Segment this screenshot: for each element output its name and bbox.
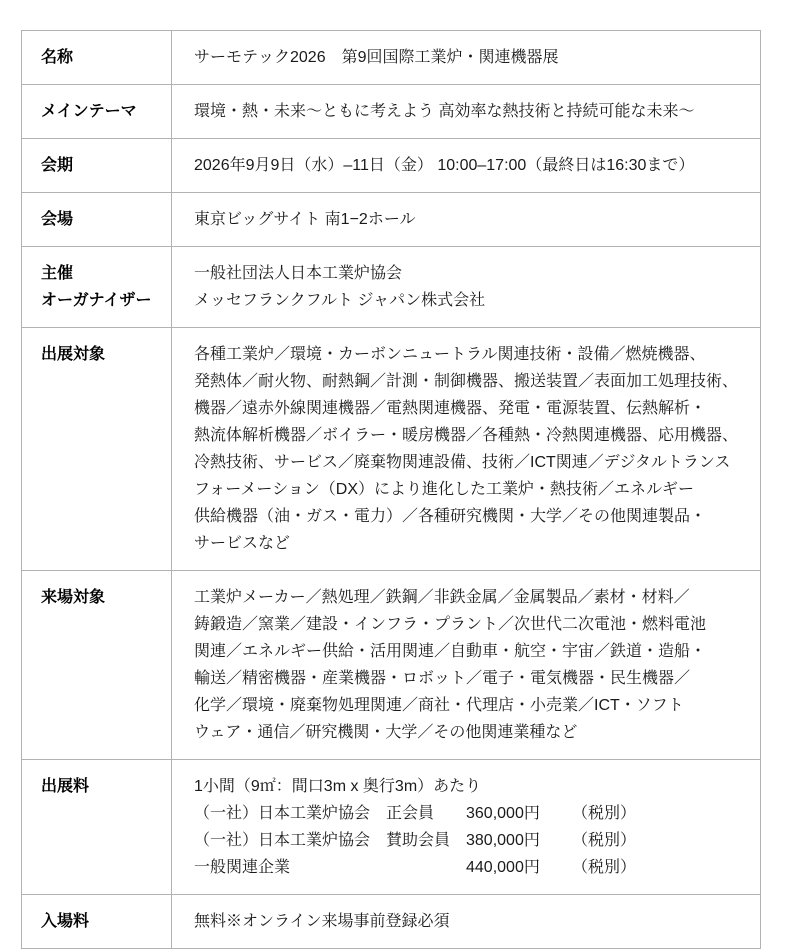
row-label-text: 来場対象 xyxy=(41,584,163,611)
fee-tax-note: （税別） xyxy=(572,800,636,827)
exhibit-scope-line: サービスなど xyxy=(194,530,746,557)
row-label-dates: 会期 xyxy=(22,139,172,192)
fee-name: 一般関連企業 xyxy=(194,854,466,881)
row-label-organizer: 主催 オーガナイザー xyxy=(22,247,172,327)
row-label-text: 名称 xyxy=(41,44,163,71)
visitor-scope-line: 関連／エネルギー供給・活用関連／自動車・航空・宇宙／鉄道・造船・ xyxy=(194,638,746,665)
table-row-visitor-scope: 来場対象 工業炉メーカー／熱処理／鉄鋼／非鉄金属／金属製品／素材・材料／ 鋳鍛造… xyxy=(22,570,760,759)
row-value-exhibit-fee: 1小間（9㎡：間口3m x 奥行3m）あたり （一社）日本工業炉協会 正会員 3… xyxy=(172,760,760,894)
table-row-exhibit-fee: 出展料 1小間（9㎡：間口3m x 奥行3m）あたり （一社）日本工業炉協会 正… xyxy=(22,759,760,894)
row-label-exhibit-fee: 出展料 xyxy=(22,760,172,894)
table-row-venue: 会場 東京ビッグサイト 南1−2ホール xyxy=(22,192,760,246)
fee-row: （一社）日本工業炉協会 賛助会員 380,000円 （税別） xyxy=(194,827,746,854)
row-value-admission: 無料※オンライン来場事前登録必須 xyxy=(172,895,760,948)
event-info-table: 名称 サーモテック2026 第9回国際工業炉・関連機器展 メインテーマ 環境・熱… xyxy=(21,30,761,949)
table-row-dates: 会期 2026年9月9日（水）–11日（金） 10:00–17:00（最終日は1… xyxy=(22,138,760,192)
row-label-text: 主催 xyxy=(41,260,163,287)
row-label-text: 入場料 xyxy=(41,908,163,935)
row-value-visitor-scope: 工業炉メーカー／熱処理／鉄鋼／非鉄金属／金属製品／素材・材料／ 鋳鍛造／窯業／建… xyxy=(172,571,760,759)
fee-name: （一社）日本工業炉協会 賛助会員 xyxy=(194,827,466,854)
organizer-line: 一般社団法人日本工業炉協会 xyxy=(194,260,746,287)
table-row-admission: 入場料 無料※オンライン来場事前登録必須 xyxy=(22,894,760,948)
exhibit-scope-line: 機器／遠赤外線関連機器／電熱関連機器、発電・電源装置、伝熱解析・ xyxy=(194,395,746,422)
table-row-organizer: 主催 オーガナイザー 一般社団法人日本工業炉協会 メッセフランクフルト ジャパン… xyxy=(22,246,760,327)
row-value-exhibit-scope: 各種工業炉／環境・カーボンニュートラル関連技術・設備／燃焼機器、 発熱体／耐火物… xyxy=(172,328,760,570)
event-name-text: サーモテック2026 第9回国際工業炉・関連機器展 xyxy=(194,44,746,71)
table-row-exhibit-scope: 出展対象 各種工業炉／環境・カーボンニュートラル関連技術・設備／燃焼機器、 発熱… xyxy=(22,327,760,570)
row-label-text: メインテーマ xyxy=(41,98,163,125)
visitor-scope-line: 鋳鍛造／窯業／建設・インフラ・プラント／次世代二次電池・燃料電池 xyxy=(194,611,746,638)
row-value-venue: 東京ビッグサイト 南1−2ホール xyxy=(172,193,760,246)
table-row-name: 名称 サーモテック2026 第9回国際工業炉・関連機器展 xyxy=(22,31,760,84)
visitor-scope-line: 化学／環境・廃棄物処理関連／商社・代理店・小売業／ICT・ソフト xyxy=(194,692,746,719)
booth-size-note: 1小間（9㎡：間口3m x 奥行3m）あたり xyxy=(194,773,746,800)
organizer-line: メッセフランクフルト ジャパン株式会社 xyxy=(194,287,746,314)
admission-text: 無料※オンライン来場事前登録必須 xyxy=(194,908,746,935)
row-label-text: 出展料 xyxy=(41,773,163,800)
visitor-scope-line: 輸送／精密機器・産業機器・ロボット／電子・電気機器・民生機器／ xyxy=(194,665,746,692)
table-row-main-theme: メインテーマ 環境・熱・未来〜ともに考えよう 高効率な熱技術と持続可能な未来〜 xyxy=(22,84,760,138)
venue-text: 東京ビッグサイト 南1−2ホール xyxy=(194,206,746,233)
exhibit-scope-line: 熱流体解析機器／ボイラー・暖房機器／各種熱・冷熱関連機器、応用機器、 xyxy=(194,422,746,449)
row-label-text: 会場 xyxy=(41,206,163,233)
exhibit-scope-line: 冷熱技術、サービス／廃棄物関連設備、技術／ICT関連／デジタルトランス xyxy=(194,449,746,476)
row-label-venue: 会場 xyxy=(22,193,172,246)
row-value-name: サーモテック2026 第9回国際工業炉・関連機器展 xyxy=(172,31,760,84)
row-label-main-theme: メインテーマ xyxy=(22,85,172,138)
exhibit-scope-line: 供給機器（油・ガス・電力）／各種研究機関・大学／その他関連製品・ xyxy=(194,503,746,530)
fee-row: （一社）日本工業炉協会 正会員 360,000円 （税別） xyxy=(194,800,746,827)
fee-name: （一社）日本工業炉協会 正会員 xyxy=(194,800,466,827)
exhibit-scope-line: フォーメーション（DX）により進化した工業炉・熱技術／エネルギー xyxy=(194,476,746,503)
row-label-text: 会期 xyxy=(41,152,163,179)
fee-price: 380,000円 xyxy=(466,827,572,854)
row-value-organizer: 一般社団法人日本工業炉協会 メッセフランクフルト ジャパン株式会社 xyxy=(172,247,760,327)
exhibit-scope-line: 発熱体／耐火物、耐熱鋼／計測・制御機器、搬送装置／表面加工処理技術、 xyxy=(194,368,746,395)
exhibit-scope-line: 各種工業炉／環境・カーボンニュートラル関連技術・設備／燃焼機器、 xyxy=(194,341,746,368)
visitor-scope-line: ウェア・通信／研究機関・大学／その他関連業種など xyxy=(194,719,746,746)
fee-price: 360,000円 xyxy=(466,800,572,827)
fee-tax-note: （税別） xyxy=(572,854,636,881)
row-label-text-2: オーガナイザー xyxy=(41,287,163,314)
visitor-scope-line: 工業炉メーカー／熱処理／鉄鋼／非鉄金属／金属製品／素材・材料／ xyxy=(194,584,746,611)
row-value-dates: 2026年9月9日（水）–11日（金） 10:00–17:00（最終日は16:3… xyxy=(172,139,760,192)
fee-row: 一般関連企業 440,000円 （税別） xyxy=(194,854,746,881)
fee-price: 440,000円 xyxy=(466,854,572,881)
row-value-main-theme: 環境・熱・未来〜ともに考えよう 高効率な熱技術と持続可能な未来〜 xyxy=(172,85,760,138)
row-label-text: 出展対象 xyxy=(41,341,163,368)
fee-tax-note: （税別） xyxy=(572,827,636,854)
row-label-name: 名称 xyxy=(22,31,172,84)
dates-text: 2026年9月9日（水）–11日（金） 10:00–17:00（最終日は16:3… xyxy=(194,152,746,179)
main-theme-text: 環境・熱・未来〜ともに考えよう 高効率な熱技術と持続可能な未来〜 xyxy=(194,98,746,125)
row-label-admission: 入場料 xyxy=(22,895,172,948)
row-label-visitor-scope: 来場対象 xyxy=(22,571,172,759)
row-label-exhibit-scope: 出展対象 xyxy=(22,328,172,570)
